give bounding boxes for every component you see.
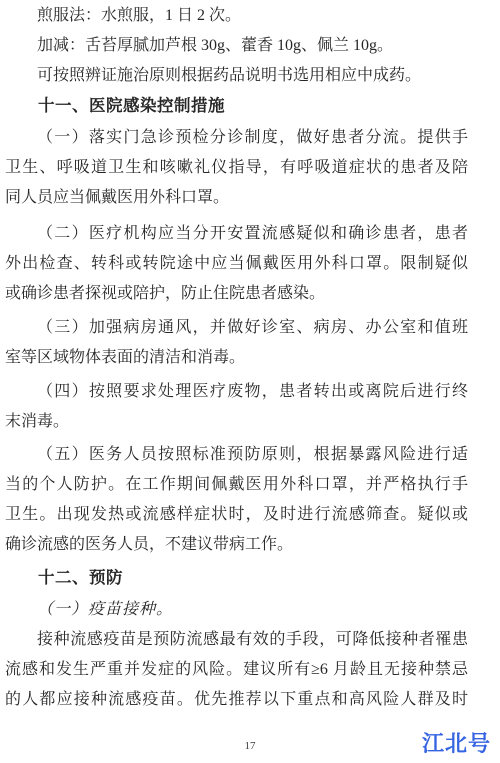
text-line: 当的个人防护。在工作期间佩戴医用外科口罩，并严格执行手 [5,470,468,500]
text-line: （一）疫苗接种。 [5,595,468,625]
text-line: 室等区域物体表面的清洁和消毒。 [5,343,468,373]
text-line: 或确诊患者探视或陪护，防止住院患者感染。 [5,279,468,309]
section-heading: 十一、医院感染控制措施 [5,91,468,121]
text-line: （四）按照要求处理医疗废物，患者转出或离院后进行终 [5,377,468,407]
text-line: （五）医务人员按照标准预防原则，根据暴露风险进行适 [5,440,468,470]
text-line: 卫生。出现发热或流感样症状时，及时进行流感筛查。疑似或 [5,500,468,530]
watermark-text: 江北号 [422,727,491,758]
document-body: 煎服法：水煎服，1 日 2 次。加减：舌苔厚腻加芦根 30g、藿香 10g、佩兰… [5,1,468,715]
document-page: 煎服法：水煎服，1 日 2 次。加减：舌苔厚腻加芦根 30g、藿香 10g、佩兰… [0,0,500,763]
text-line: 确诊流感的医务人员，不建议带病工作。 [5,530,468,560]
section-heading: 十二、预防 [5,563,468,593]
text-line: 末消毒。 [5,407,468,437]
text-line: 同人员应当佩戴医用外科口罩。 [5,183,468,213]
text-line: 外出检查、转科或转院途中应当佩戴医用外科口罩。限制疑似 [5,249,468,279]
text-line: 的人都应接种流感疫苗。优先推荐以下重点和高风险人群及时 [5,685,468,715]
text-line: 可按照辨证施治原则根据药品说明书选用相应中成药。 [5,61,468,91]
text-line: （三）加强病房通风，并做好诊室、病房、办公室和值班 [5,313,468,343]
text-line: 加减：舌苔厚腻加芦根 30g、藿香 10g、佩兰 10g。 [5,31,468,61]
text-line: （一）落实门急诊预检分诊制度，做好患者分流。提供手 [5,123,468,153]
text-line: 流感和发生严重并发症的风险。建议所有≥6 月龄且无接种禁忌 [5,655,468,685]
text-line: 卫生、呼吸道卫生和咳嗽礼仪指导，有呼吸道症状的患者及陪 [5,153,468,183]
text-line: 煎服法：水煎服，1 日 2 次。 [5,1,468,31]
text-line: 接种流感疫苗是预防流感最有效的手段，可降低接种者罹患 [5,625,468,655]
text-line: （二）医疗机构应当分开安置流感疑似和确诊患者，患者 [5,219,468,249]
